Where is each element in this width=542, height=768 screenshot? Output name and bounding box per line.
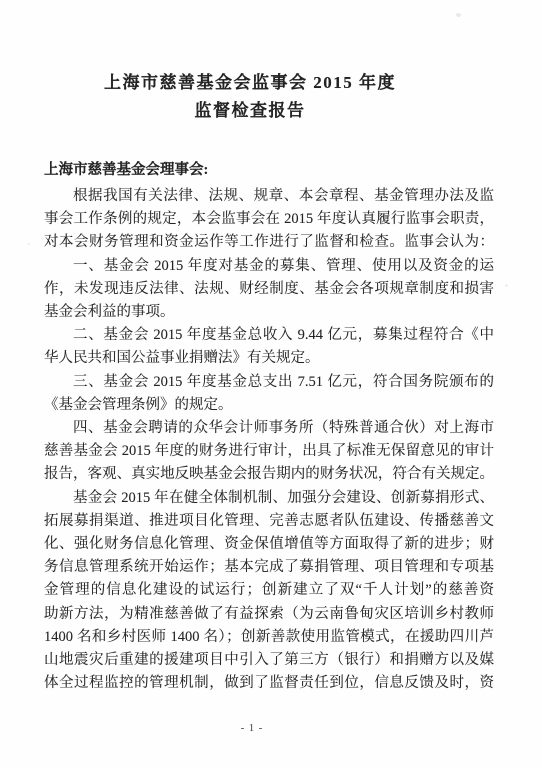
text-line: 报告，客观、真实地反映基金会报告期内的财务状况，符合有关规定。 <box>44 463 494 486</box>
text-line: 化、强化财务信息化管理、资金保值增值等方面取得了新的进步；财 <box>44 533 494 556</box>
text-line: 助新方法，为精准慈善做了有益探索（为云南鲁甸灾区培训乡村教师 <box>44 603 494 626</box>
scanned-document-page: 上海市慈善基金会监事会 2015 年度 监督检查报告 上海市慈善基金会理事会: … <box>0 0 542 768</box>
text-line: 四、基金会聘请的众华会计师事务所（特殊普通合伙）对上海市 <box>44 417 494 440</box>
text-line: 慈善基金会 2015 年度的财务进行审计，出具了标准无保留意见的审计 <box>44 440 494 463</box>
body-text: 根据我国有关法律、法规、规章、本会章程、基金管理办法及监事会工作条例的规定，本会… <box>44 185 494 695</box>
scan-artifact <box>505 284 508 287</box>
text-line: 1400 名和乡村医师 1400 名）；创新善款使用监管模式，在援助四川芦 <box>44 626 494 649</box>
text-line: 事会工作条例的规定，本会监事会在 2015 年度认真履行监事会职责， <box>44 208 494 231</box>
text-line: 金管理的信息化建设的试运行；创新建立了双“千人计划”的慈善资 <box>44 579 494 602</box>
text-line: 华人民共和国公益事业捐赠法》有关规定。 <box>44 347 494 370</box>
text-line: 三、基金会 2015 年度基金总支出 7.51 亿元，符合国务院颁布的 <box>44 371 494 394</box>
text-line: 基金会 2015 年在健全体制机制、加强分会建设、创新募捐形式、 <box>44 487 494 510</box>
text-line: 对本会财务管理和资金运作等工作进行了监督和检查。监事会认为： <box>44 231 494 254</box>
text-line: 《基金会管理条例》的规定。 <box>44 394 494 417</box>
text-line: 务信息管理系统开始运作；基本完成了募捐管理、项目管理和专项基 <box>44 556 494 579</box>
document-title: 上海市慈善基金会监事会 2015 年度 监督检查报告 <box>24 69 476 125</box>
document-title-line2: 监督检查报告 <box>24 97 476 125</box>
text-line: 二、基金会 2015 年度基金总收入 9.44 亿元，募集过程符合《中 <box>44 324 494 347</box>
text-line: 基金会利益的事项。 <box>44 301 494 324</box>
scan-artifact <box>27 243 30 245</box>
text-line: 拓展募捐渠道、推进项目化管理、完善志愿者队伍建设、传播慈善文 <box>44 510 494 533</box>
page-number: - 1 - <box>44 723 460 734</box>
text-line: 山地震灾后重建的援建项目中引入了第三方（银行）和捐赠方以及媒 <box>44 649 494 672</box>
text-line: 一、基金会 2015 年度对基金的募集、管理、使用以及资金的运 <box>44 255 494 278</box>
text-line: 根据我国有关法律、法规、规章、本会章程、基金管理办法及监 <box>44 185 494 208</box>
scan-artifact <box>456 13 461 17</box>
document-title-line1: 上海市慈善基金会监事会 2015 年度 <box>24 69 476 97</box>
salutation-line: 上海市慈善基金会理事会: <box>44 159 496 182</box>
text-line: 体全过程监控的管理机制，做到了监督责任到位，信息反馈及时，资 <box>44 672 494 695</box>
text-line: 作，未发现违反法律、法规、财经制度、基金会各项规章制度和损害 <box>44 278 494 301</box>
